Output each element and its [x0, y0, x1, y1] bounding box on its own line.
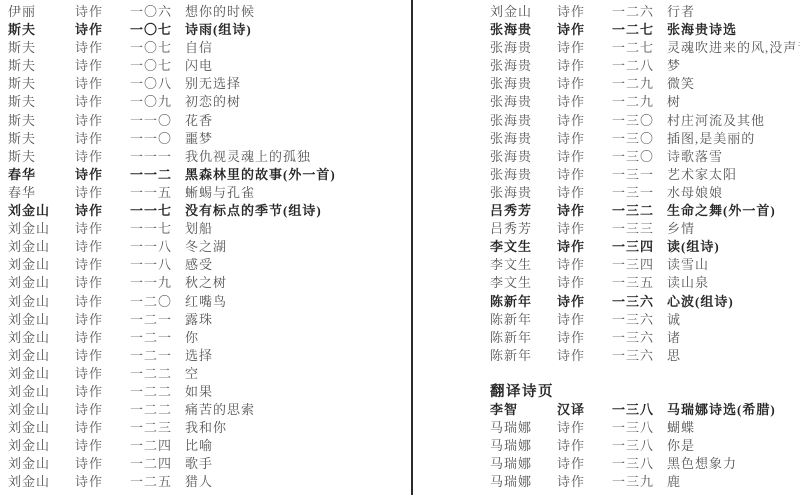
toc-row: 马瑞娜诗作一三八你是: [490, 437, 800, 455]
author-name: 吕秀芳: [490, 202, 557, 220]
page-number: 一一八: [130, 256, 185, 274]
page-number: 一三六: [612, 311, 667, 329]
toc-row: 张海贵诗作一二九树: [490, 93, 800, 111]
toc-row: 张海贵诗作一二七张海贵诗选: [490, 21, 800, 39]
page-number: 一二六: [612, 3, 667, 21]
toc-row: 斯夫诗作一〇八别无选择: [8, 75, 408, 93]
genre-label: 诗作: [557, 238, 612, 256]
page-number: 一二七: [612, 39, 667, 57]
genre-label: 诗作: [557, 148, 612, 166]
poem-title: 马瑞娜诗选(希腊): [667, 401, 800, 419]
poem-title: 黑森林里的故事(外一首): [185, 166, 408, 184]
toc-row: 张海贵诗作一三〇插图,是美丽的: [490, 130, 800, 148]
page-number: 一三〇: [612, 148, 667, 166]
author-name: 陈新年: [490, 311, 557, 329]
toc-row: 马瑞娜诗作一三八黑色想象力: [490, 455, 800, 473]
genre-label: 诗作: [557, 75, 612, 93]
poem-title: 梦: [667, 57, 800, 75]
toc-row: 陈新年诗作一三六思: [490, 347, 800, 365]
author-name: 张海贵: [490, 148, 557, 166]
page-number: 一一〇: [130, 112, 185, 130]
toc-row: 吕秀芳诗作一三二生命之舞(外一首): [490, 202, 800, 220]
author-name: 刘金山: [8, 311, 75, 329]
toc-row: 刘金山诗作一二二空: [8, 365, 408, 383]
page-number: 一二二: [130, 365, 185, 383]
genre-label: 诗作: [557, 256, 612, 274]
author-name: 李文生: [490, 274, 557, 292]
poem-title: 心波(组诗): [667, 293, 800, 311]
toc-row: 张海贵诗作一三一水母娘娘: [490, 184, 800, 202]
genre-label: 诗作: [557, 130, 612, 148]
section-heading: 翻译诗页: [490, 383, 800, 401]
author-name: 李智: [490, 401, 557, 419]
genre-label: 诗作: [75, 473, 130, 491]
author-name: 刘金山: [8, 329, 75, 347]
poem-title: 闪电: [185, 57, 408, 75]
genre-label: 诗作: [557, 274, 612, 292]
page-number: 一三〇: [612, 130, 667, 148]
poem-title: 树: [667, 93, 800, 111]
poem-title: 想你的时候: [185, 3, 408, 21]
genre-label: 诗作: [75, 383, 130, 401]
poem-title: 痛苦的思索: [185, 401, 408, 419]
genre-label: 诗作: [75, 401, 130, 419]
toc-row: 陈新年诗作一三六心波(组诗): [490, 293, 800, 311]
genre-label: 诗作: [75, 148, 130, 166]
genre-label: 诗作: [557, 473, 612, 491]
toc-row: 斯夫诗作一〇七诗雨(组诗): [8, 21, 408, 39]
page-number: 一〇七: [130, 39, 185, 57]
page-number: 一三八: [612, 419, 667, 437]
genre-label: 诗作: [557, 311, 612, 329]
genre-label: 诗作: [75, 256, 130, 274]
genre-label: 诗作: [75, 455, 130, 473]
poem-title: 别无选择: [185, 75, 408, 93]
toc-row: 斯夫诗作一〇七闪电: [8, 57, 408, 75]
toc-row: 张海贵诗作一二九微笑: [490, 75, 800, 93]
poem-title: 读(组诗): [667, 238, 800, 256]
genre-label: 诗作: [557, 3, 612, 21]
poem-title: 蜥蜴与孔雀: [185, 184, 408, 202]
toc-column-left: 伊丽诗作一〇六想你的时候斯夫诗作一〇七诗雨(组诗)斯夫诗作一〇七自信斯夫诗作一〇…: [8, 3, 408, 492]
genre-label: 诗作: [75, 57, 130, 75]
genre-label: 诗作: [75, 75, 130, 93]
author-name: 刘金山: [8, 365, 75, 383]
page-number: 一一七: [130, 220, 185, 238]
page-number: 一三一: [612, 184, 667, 202]
genre-label: 诗作: [75, 166, 130, 184]
poem-title: 行者: [667, 3, 800, 21]
author-name: 斯夫: [8, 57, 75, 75]
page-number: 一二四: [130, 437, 185, 455]
genre-label: 诗作: [75, 39, 130, 57]
genre-label: 诗作: [75, 293, 130, 311]
poem-title: 艺术家太阳: [667, 166, 800, 184]
poem-title: 红嘴鸟: [185, 293, 408, 311]
page-number: 一二一: [130, 329, 185, 347]
poem-title: 秋之树: [185, 274, 408, 292]
poem-title: 我仇视灵魂上的孤独: [185, 148, 408, 166]
column-divider: [411, 0, 413, 495]
toc-row: 陈新年诗作一三六诸: [490, 329, 800, 347]
page-number: 一三六: [612, 293, 667, 311]
author-name: 张海贵: [490, 166, 557, 184]
author-name: 斯夫: [8, 130, 75, 148]
page-number: 一一五: [130, 184, 185, 202]
page-number: 一二五: [130, 473, 185, 491]
genre-label: 诗作: [75, 202, 130, 220]
poem-title: 初恋的树: [185, 93, 408, 111]
page-number: 一二九: [612, 93, 667, 111]
toc-row: 春华诗作一一五蜥蜴与孔雀: [8, 184, 408, 202]
author-name: 马瑞娜: [490, 419, 557, 437]
page-number: 一二〇: [130, 293, 185, 311]
genre-label: 诗作: [557, 57, 612, 75]
genre-label: 诗作: [75, 238, 130, 256]
toc-row: 斯夫诗作一一〇花香: [8, 112, 408, 130]
toc-row: 刘金山诗作一二一选择: [8, 347, 408, 365]
author-name: 刘金山: [8, 437, 75, 455]
genre-label: 诗作: [557, 112, 612, 130]
genre-label: 诗作: [75, 329, 130, 347]
author-name: 刘金山: [8, 383, 75, 401]
poem-title: 比喻: [185, 437, 408, 455]
genre-label: 诗作: [557, 455, 612, 473]
author-name: 斯夫: [8, 21, 75, 39]
page-number: 一一九: [130, 274, 185, 292]
poem-title: 露珠: [185, 311, 408, 329]
toc-row: 张海贵诗作一三〇村庄河流及其他: [490, 112, 800, 130]
toc-row: 刘金山诗作一一七没有标点的季节(组诗): [8, 202, 408, 220]
toc-row: 斯夫诗作一〇七自信: [8, 39, 408, 57]
toc-row: 刘金山诗作一二二痛苦的思索: [8, 401, 408, 419]
page-number: 一二二: [130, 383, 185, 401]
toc-row: 刘金山诗作一二一露珠: [8, 311, 408, 329]
page-number: 一二四: [130, 455, 185, 473]
genre-label: 诗作: [557, 21, 612, 39]
genre-label: 诗作: [75, 130, 130, 148]
author-name: 春华: [8, 184, 75, 202]
toc-row: 马瑞娜诗作一三八蝴蝶: [490, 419, 800, 437]
author-name: 陈新年: [490, 347, 557, 365]
poem-title: 读山泉: [667, 274, 800, 292]
author-name: 刘金山: [490, 3, 557, 21]
genre-label: 诗作: [75, 437, 130, 455]
page-number: 一二七: [612, 21, 667, 39]
page-number: 一〇八: [130, 75, 185, 93]
author-name: 张海贵: [490, 112, 557, 130]
toc-row: 伊丽诗作一〇六想你的时候: [8, 3, 408, 21]
poem-title: 乡情: [667, 220, 800, 238]
author-name: 马瑞娜: [490, 473, 557, 491]
toc-row: 刘金山诗作一二六行者: [490, 3, 800, 21]
toc-row: 张海贵诗作一三一艺术家太阳: [490, 166, 800, 184]
author-name: 刘金山: [8, 256, 75, 274]
author-name: 刘金山: [8, 274, 75, 292]
toc-row: 张海贵诗作一三〇诗歌落雪: [490, 148, 800, 166]
page-number: 一三四: [612, 238, 667, 256]
poem-title: 读雪山: [667, 256, 800, 274]
poem-title: 如果: [185, 383, 408, 401]
poem-title: 水母娘娘: [667, 184, 800, 202]
author-name: 刘金山: [8, 220, 75, 238]
poem-title: 空: [185, 365, 408, 383]
page-number: 一三八: [612, 437, 667, 455]
toc-row: 刘金山诗作一一八冬之湖: [8, 238, 408, 256]
page-number: 一三四: [612, 256, 667, 274]
author-name: 张海贵: [490, 21, 557, 39]
author-name: 张海贵: [490, 130, 557, 148]
poem-title: 微笑: [667, 75, 800, 93]
page-number: 一三八: [612, 455, 667, 473]
poem-title: 划船: [185, 220, 408, 238]
author-name: 刘金山: [8, 455, 75, 473]
poem-title: 插图,是美丽的: [667, 130, 800, 148]
author-name: 李文生: [490, 238, 557, 256]
poem-title: 我和你: [185, 419, 408, 437]
toc-row: 李智汉译一三八马瑞娜诗选(希腊): [490, 401, 800, 419]
page-number: 一二八: [612, 57, 667, 75]
genre-label: 诗作: [75, 419, 130, 437]
poem-title: 蝴蝶: [667, 419, 800, 437]
page-number: 一三九: [612, 473, 667, 491]
genre-label: 诗作: [557, 93, 612, 111]
author-name: 刘金山: [8, 401, 75, 419]
toc-row: 刘金山诗作一一九秋之树: [8, 274, 408, 292]
toc-row: 李文生诗作一三四读(组诗): [490, 238, 800, 256]
genre-label: 诗作: [75, 112, 130, 130]
genre-label: 诗作: [75, 220, 130, 238]
author-name: 斯夫: [8, 75, 75, 93]
page-number: 一一二: [130, 166, 185, 184]
page-number: 一三八: [612, 401, 667, 419]
author-name: 伊丽: [8, 3, 75, 21]
toc-row: 春华诗作一一二黑森林里的故事(外一首): [8, 166, 408, 184]
genre-label: 汉译: [557, 401, 612, 419]
author-name: 马瑞娜: [490, 455, 557, 473]
genre-label: 诗作: [75, 365, 130, 383]
author-name: 春华: [8, 166, 75, 184]
toc-row: 斯夫诗作一一一我仇视灵魂上的孤独: [8, 148, 408, 166]
toc-row: 张海贵诗作一二八梦: [490, 57, 800, 75]
poem-title: 歌手: [185, 455, 408, 473]
page-number: 一〇九: [130, 93, 185, 111]
author-name: 陈新年: [490, 293, 557, 311]
genre-label: 诗作: [75, 3, 130, 21]
toc-row: 李文生诗作一三五读山泉: [490, 274, 800, 292]
poem-title: 诚: [667, 311, 800, 329]
toc-row: 刘金山诗作一二五猎人: [8, 473, 408, 491]
page-number: 一三三: [612, 220, 667, 238]
genre-label: 诗作: [75, 93, 130, 111]
genre-label: 诗作: [75, 311, 130, 329]
genre-label: 诗作: [557, 202, 612, 220]
toc-row: 吕秀芳诗作一三三乡情: [490, 220, 800, 238]
page-number: 一三二: [612, 202, 667, 220]
author-name: 李文生: [490, 256, 557, 274]
page-number: 一三〇: [612, 112, 667, 130]
page-number: 一三五: [612, 274, 667, 292]
genre-label: 诗作: [557, 166, 612, 184]
author-name: 马瑞娜: [490, 437, 557, 455]
poem-title: 噩梦: [185, 130, 408, 148]
author-name: 刘金山: [8, 202, 75, 220]
genre-label: 诗作: [557, 437, 612, 455]
page-number: 一三六: [612, 347, 667, 365]
author-name: 斯夫: [8, 93, 75, 111]
genre-label: 诗作: [557, 419, 612, 437]
author-name: 张海贵: [490, 57, 557, 75]
page-number: 一二二: [130, 401, 185, 419]
poem-title: 张海贵诗选: [667, 21, 800, 39]
poem-title: 自信: [185, 39, 408, 57]
genre-label: 诗作: [557, 39, 612, 57]
poem-title: 灵魂吹进来的风,没声音: [667, 39, 800, 57]
genre-label: 诗作: [557, 293, 612, 311]
toc-row: 刘金山诗作一一八感受: [8, 256, 408, 274]
author-name: 吕秀芳: [490, 220, 557, 238]
poem-title: 诗雨(组诗): [185, 21, 408, 39]
genre-label: 诗作: [75, 347, 130, 365]
genre-label: 诗作: [75, 184, 130, 202]
toc-row: 张海贵诗作一二七灵魂吹进来的风,没声音: [490, 39, 800, 57]
page-number: 一二九: [612, 75, 667, 93]
page-number: 一二一: [130, 311, 185, 329]
page-number: 一〇七: [130, 21, 185, 39]
page-number: 一一七: [130, 202, 185, 220]
toc-column-right: 刘金山诗作一二六行者张海贵诗作一二七张海贵诗选张海贵诗作一二七灵魂吹进来的风,没…: [490, 3, 800, 492]
toc-row: 刘金山诗作一二四歌手: [8, 455, 408, 473]
author-name: 斯夫: [8, 39, 75, 57]
poem-title: 生命之舞(外一首): [667, 202, 800, 220]
genre-label: 诗作: [557, 220, 612, 238]
page-number: 一三一: [612, 166, 667, 184]
author-name: 刘金山: [8, 419, 75, 437]
toc-row: 马瑞娜诗作一三九鹿: [490, 473, 800, 491]
poem-title: 你: [185, 329, 408, 347]
poem-title: 没有标点的季节(组诗): [185, 202, 408, 220]
genre-label: 诗作: [557, 184, 612, 202]
toc-row: 斯夫诗作一〇九初恋的树: [8, 93, 408, 111]
page-number: 一〇六: [130, 3, 185, 21]
toc-row: 刘金山诗作一二〇红嘴鸟: [8, 293, 408, 311]
poem-title: 鹿: [667, 473, 800, 491]
page-number: 一〇七: [130, 57, 185, 75]
page-number: 一三六: [612, 329, 667, 347]
poem-title: 花香: [185, 112, 408, 130]
author-name: 刘金山: [8, 473, 75, 491]
page-number: 一二一: [130, 347, 185, 365]
toc-row: 刘金山诗作一一七划船: [8, 220, 408, 238]
poem-title: 诸: [667, 329, 800, 347]
poem-title: 村庄河流及其他: [667, 112, 800, 130]
toc-row: 斯夫诗作一一〇噩梦: [8, 130, 408, 148]
genre-label: 诗作: [557, 347, 612, 365]
author-name: 刘金山: [8, 238, 75, 256]
toc-row: 刘金山诗作一二四比喻: [8, 437, 408, 455]
poem-title: 黑色想象力: [667, 455, 800, 473]
genre-label: 诗作: [75, 21, 130, 39]
genre-label: 诗作: [75, 274, 130, 292]
author-name: 陈新年: [490, 329, 557, 347]
toc-row: 刘金山诗作一二二如果: [8, 383, 408, 401]
toc-row: 刘金山诗作一二三我和你: [8, 419, 408, 437]
poem-title: 思: [667, 347, 800, 365]
page-number: 一一八: [130, 238, 185, 256]
author-name: 张海贵: [490, 75, 557, 93]
author-name: 斯夫: [8, 148, 75, 166]
page-number: 一一一: [130, 148, 185, 166]
poem-title: 冬之湖: [185, 238, 408, 256]
toc-row: 李文生诗作一三四读雪山: [490, 256, 800, 274]
author-name: 张海贵: [490, 39, 557, 57]
page-number: 一二三: [130, 419, 185, 437]
poem-title: 猎人: [185, 473, 408, 491]
page-number: 一一〇: [130, 130, 185, 148]
genre-label: 诗作: [557, 329, 612, 347]
poem-title: 诗歌落雪: [667, 148, 800, 166]
toc-page: 伊丽诗作一〇六想你的时候斯夫诗作一〇七诗雨(组诗)斯夫诗作一〇七自信斯夫诗作一〇…: [0, 0, 800, 495]
author-name: 张海贵: [490, 184, 557, 202]
poem-title: 你是: [667, 437, 800, 455]
poem-title: 选择: [185, 347, 408, 365]
toc-row: 陈新年诗作一三六诚: [490, 311, 800, 329]
author-name: 张海贵: [490, 93, 557, 111]
author-name: 刘金山: [8, 293, 75, 311]
author-name: 斯夫: [8, 112, 75, 130]
author-name: 刘金山: [8, 347, 75, 365]
poem-title: 感受: [185, 256, 408, 274]
toc-row: 刘金山诗作一二一你: [8, 329, 408, 347]
